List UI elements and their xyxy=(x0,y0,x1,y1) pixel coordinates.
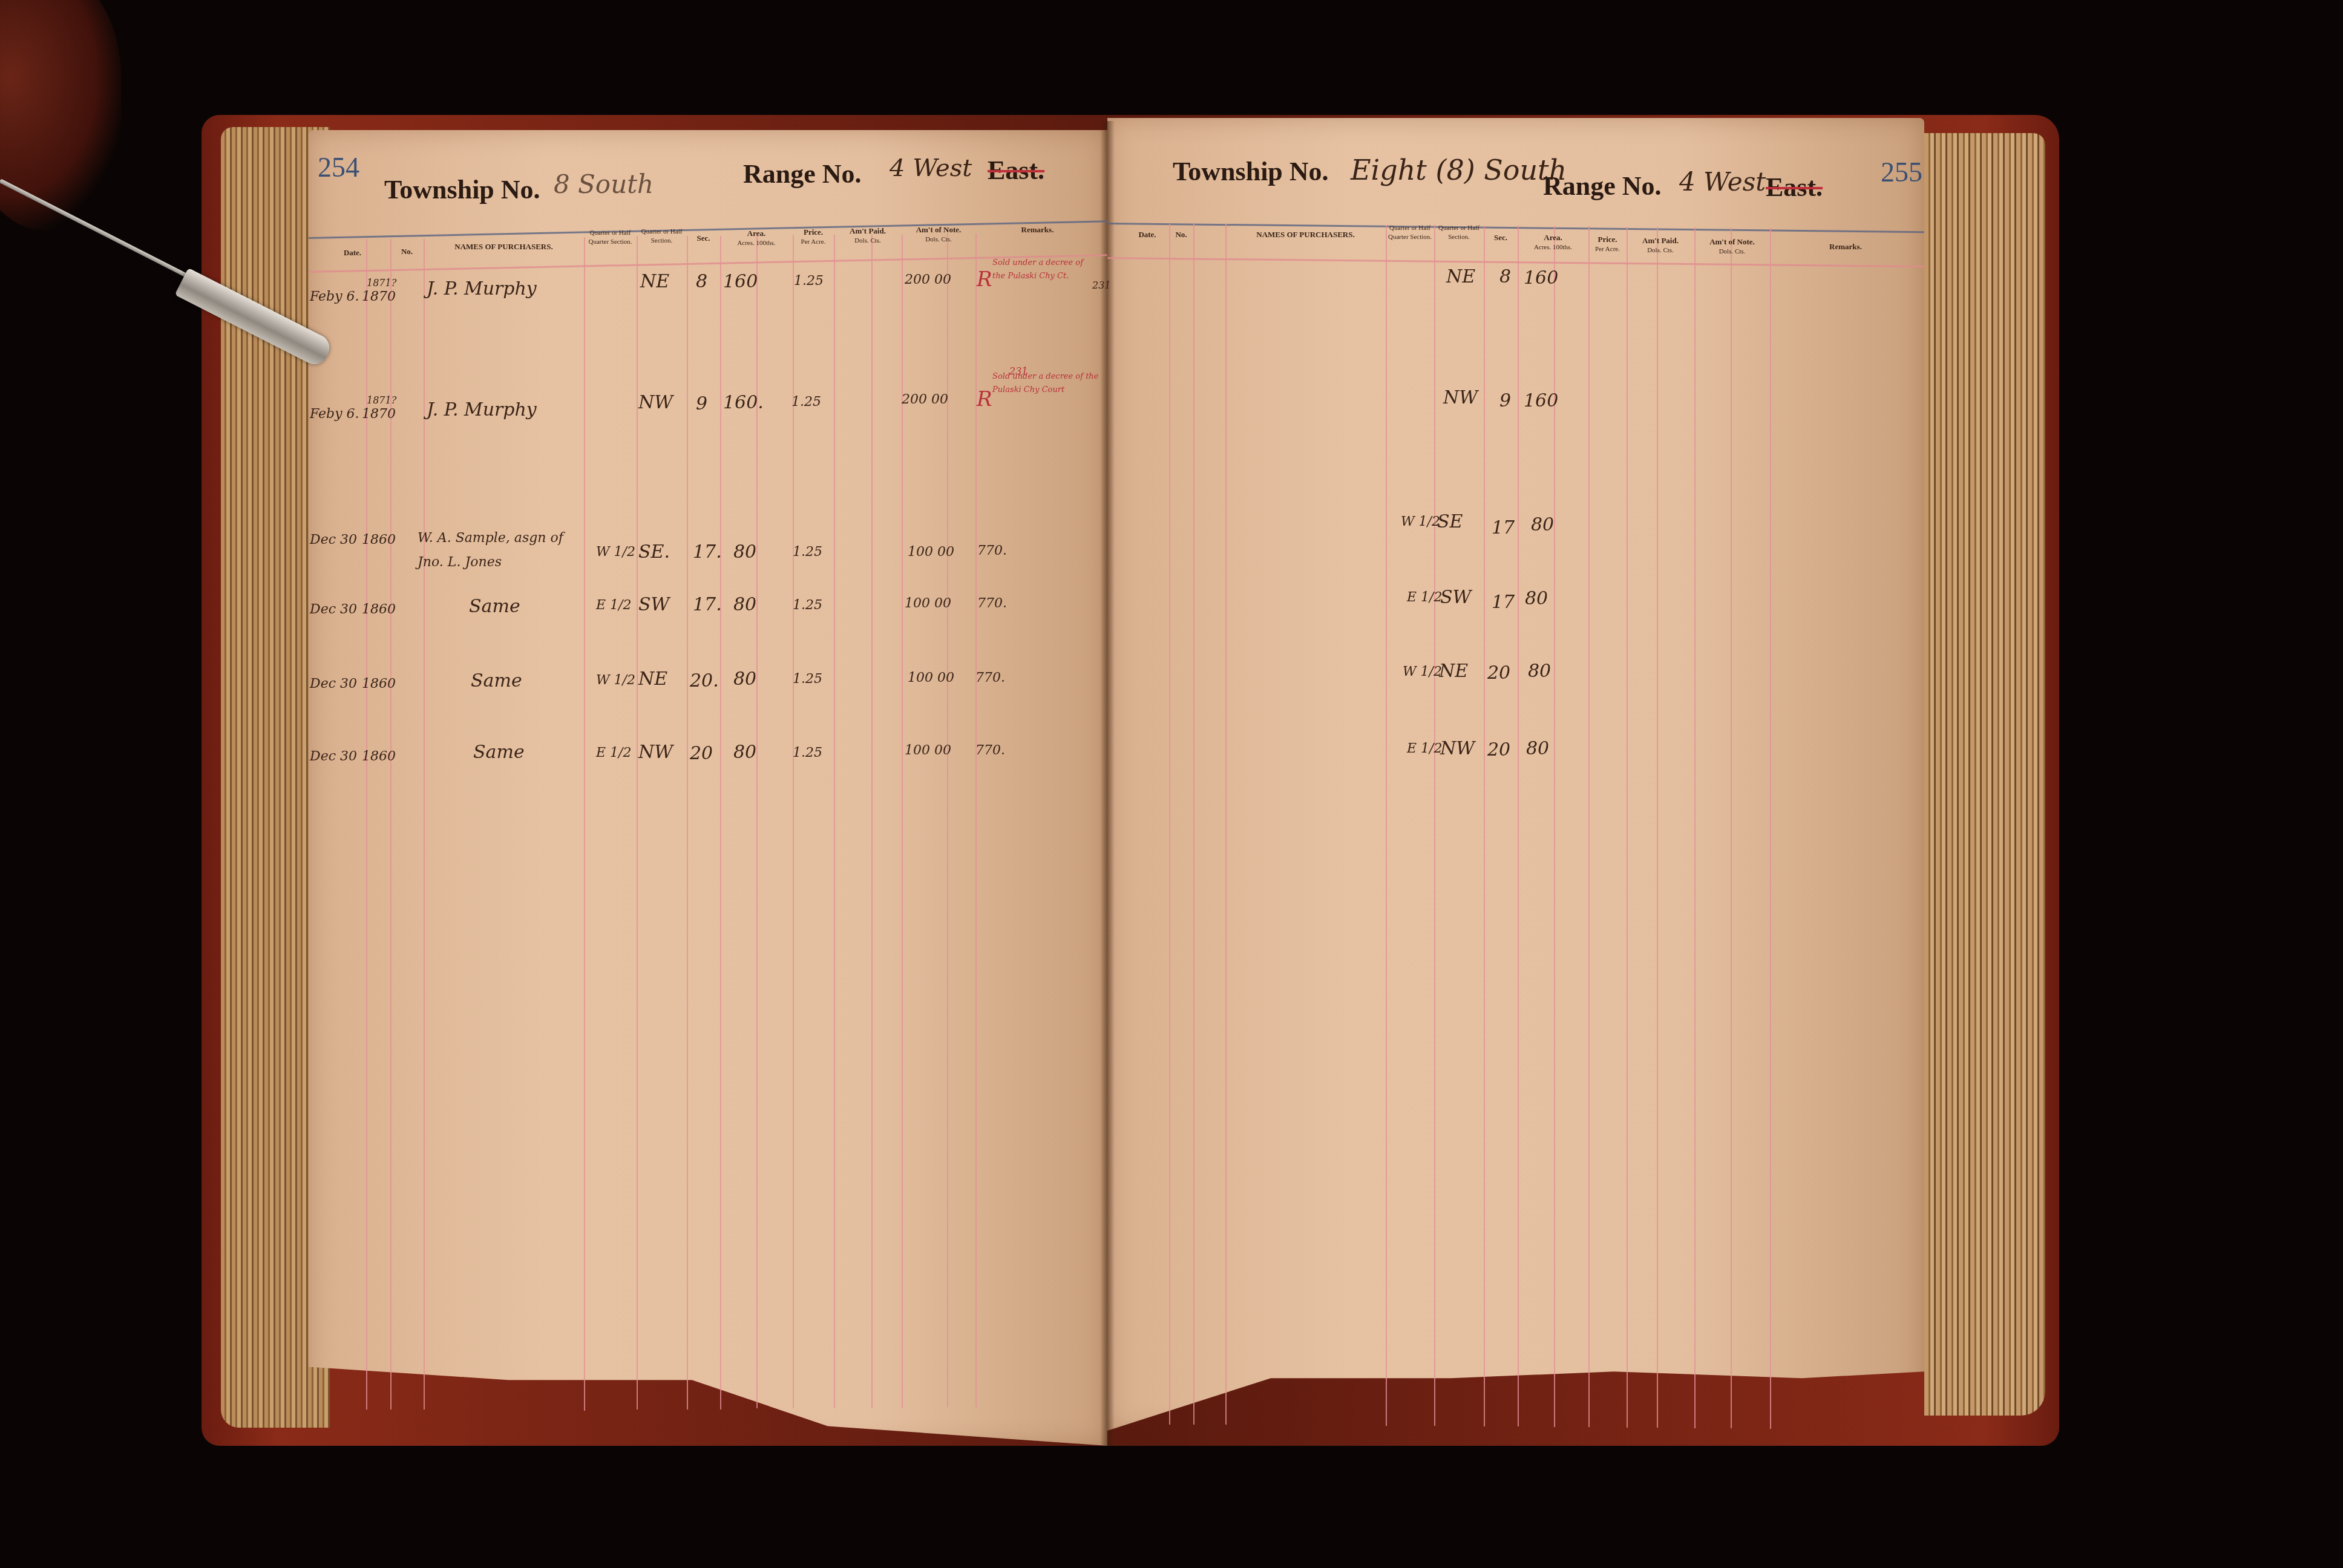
left-row3-note: 100 00 xyxy=(905,596,951,611)
right-rule xyxy=(1588,226,1590,1427)
left-row3-name: Same xyxy=(469,596,520,617)
left-col-paid: Am't Paid.Dols. Cts. xyxy=(834,226,902,246)
right-township-label: Township No. xyxy=(1173,156,1329,187)
left-col-qh: Quarter or Half Section. xyxy=(637,227,687,246)
left-row1-year: 1870 xyxy=(362,407,396,422)
left-row2-year: 1860 xyxy=(362,532,396,547)
left-row2-note: 100 00 xyxy=(908,544,954,560)
left-row2-name: W. A. Sample, asgn of Jno. L. Jones xyxy=(418,526,575,575)
right-col-paid-sub: Dols. Cts. xyxy=(1647,247,1674,254)
left-row0-year: 1870 xyxy=(362,289,396,304)
right-col-date: Date. xyxy=(1126,230,1169,239)
left-row5-year: 1860 xyxy=(362,749,396,764)
left-row3-year: 1860 xyxy=(362,602,396,617)
right-row5-sec: 20 xyxy=(1487,739,1510,760)
left-row5-date: Dec 30 xyxy=(310,749,357,764)
left-rule xyxy=(637,236,638,1410)
left-row4-date: Dec 30 xyxy=(310,676,357,691)
left-row3-qh: SW xyxy=(638,594,669,615)
left-row4-qh: NE xyxy=(638,668,667,690)
left-row2-remark: 770. xyxy=(977,543,1007,558)
right-col-price-sub: Per Acre. xyxy=(1595,246,1620,253)
right-row3-qh: SW xyxy=(1440,587,1471,608)
right-col-price: Price.Per Acre. xyxy=(1588,235,1627,254)
left-rule xyxy=(871,235,873,1408)
left-row1-date: Feby 6. xyxy=(310,407,359,422)
left-row4-acres: 80 xyxy=(733,668,756,690)
right-col-sec: Sec. xyxy=(1484,233,1518,242)
right-col-area-sub: Acres. 100ths. xyxy=(1534,244,1572,251)
left-row1-sec: 9 xyxy=(696,393,707,414)
right-rule xyxy=(1694,227,1696,1428)
right-page xyxy=(1107,118,1924,1431)
right-row2-qhq: W 1/2 xyxy=(1401,514,1440,529)
right-rule xyxy=(1193,224,1194,1425)
left-row0-note: 200 00 xyxy=(905,272,951,287)
left-col-paid-sub: Dols. Cts. xyxy=(854,237,881,244)
left-row0-date: Feby 6. xyxy=(310,289,359,304)
right-rule xyxy=(1169,224,1170,1425)
left-rule xyxy=(584,237,585,1411)
left-rule xyxy=(424,239,425,1410)
left-row4-remark: 770. xyxy=(975,670,1005,685)
left-col-qhq: Quarter or Half Quarter Section. xyxy=(584,229,637,247)
right-col-note-label: Am't of Note. xyxy=(1709,237,1755,246)
left-row0-no-note: 1871? xyxy=(367,277,396,289)
left-row0-sec: 8 xyxy=(696,271,707,292)
right-row4-qhq: W 1/2 xyxy=(1403,664,1442,679)
right-range-struck-east: East. xyxy=(1766,172,1823,203)
right-rule xyxy=(1627,227,1628,1428)
left-row1-qh: NW xyxy=(638,392,673,413)
left-rule xyxy=(720,236,721,1410)
left-row4-note: 100 00 xyxy=(908,670,954,685)
left-page-number: 254 xyxy=(318,151,359,183)
right-row3-sec: 17 xyxy=(1492,592,1515,613)
left-row2-price: 1.25 xyxy=(793,544,822,560)
left-row2-sec: 17. xyxy=(693,541,722,563)
left-row5-qhq: E 1/2 xyxy=(596,745,631,760)
left-col-names: NAMES OF PURCHASERS. xyxy=(424,242,584,251)
left-row1-acres: 160. xyxy=(723,392,764,413)
right-page-edges xyxy=(1924,133,2045,1416)
right-col-area: Area.Acres. 100ths. xyxy=(1518,233,1588,252)
left-col-note: Am't of Note.Dols. Cts. xyxy=(902,225,975,244)
right-row5-qhq: E 1/2 xyxy=(1407,741,1442,756)
right-col-note-sub: Dols. Cts. xyxy=(1719,248,1746,255)
left-row4-sec: 20. xyxy=(690,670,719,691)
left-row0-remark: Sold under a decree of the Pulaski Chy C… xyxy=(992,256,1098,283)
right-col-note: Am't of Note.Dols. Cts. xyxy=(1694,237,1770,256)
right-col-no: No. xyxy=(1169,230,1193,239)
left-row0-remark-ref: 231 xyxy=(1092,279,1111,291)
right-row3-qhq: E 1/2 xyxy=(1407,590,1442,605)
left-row5-qh: NW xyxy=(638,742,673,763)
left-row5-sec: 20 xyxy=(690,743,713,764)
right-rule xyxy=(1225,224,1227,1425)
left-row1-remark-ref: 231 xyxy=(1009,365,1028,377)
right-row0-qh: NE xyxy=(1446,266,1475,287)
right-rule xyxy=(1518,226,1519,1426)
left-col-price-sub: Per Acre. xyxy=(801,238,826,246)
left-row2-qhq: W 1/2 xyxy=(596,544,635,560)
right-row4-qh: NE xyxy=(1439,661,1468,682)
left-range-struck-east: East. xyxy=(988,155,1044,186)
right-row0-sec: 8 xyxy=(1499,266,1511,287)
hand xyxy=(0,0,121,230)
left-row5-note: 100 00 xyxy=(905,743,951,758)
left-row2-qh: SE. xyxy=(638,541,670,563)
left-col-note-sub: Dols. Cts. xyxy=(925,236,952,243)
left-col-area: Area.Acres. 100ths. xyxy=(720,229,793,248)
left-row0-acres: 160 xyxy=(723,271,758,292)
right-col-price-label: Price. xyxy=(1597,235,1617,244)
left-row3-sec: 17. xyxy=(693,594,722,615)
right-row1-acres: 160 xyxy=(1524,390,1558,411)
left-row4-price: 1.25 xyxy=(793,671,822,687)
left-range-value: 4 West xyxy=(890,154,972,182)
left-row1-remark-mark: R xyxy=(977,387,992,411)
left-rule xyxy=(834,235,835,1408)
left-row0-name: J. P. Murphy xyxy=(427,278,537,299)
left-row0-remark-mark: R xyxy=(977,267,992,292)
right-col-paid: Am't Paid.Dols. Cts. xyxy=(1627,236,1694,255)
left-row5-remark: 770. xyxy=(975,743,1005,758)
right-rule xyxy=(1484,226,1485,1426)
right-rule xyxy=(1731,227,1732,1428)
left-row2-date: Dec 30 xyxy=(310,532,357,547)
left-row1-price: 1.25 xyxy=(791,394,821,410)
left-col-price: Price.Per Acre. xyxy=(793,227,834,247)
left-township-value: 8 South xyxy=(554,169,654,199)
left-township-label: Township No. xyxy=(384,174,540,205)
right-col-paid-label: Am't Paid. xyxy=(1642,236,1679,245)
left-row1-no-note: 1871? xyxy=(367,394,396,406)
right-range-value: 4 West xyxy=(1679,167,1766,197)
left-row3-price: 1.25 xyxy=(793,598,822,613)
right-range-label: Range No. xyxy=(1543,171,1662,201)
right-row2-qh: SE xyxy=(1437,511,1463,532)
left-row1-note: 200 00 xyxy=(902,392,948,407)
left-row2-acres: 80 xyxy=(733,541,756,563)
left-col-no: No. xyxy=(390,247,424,256)
left-col-area-sub: Acres. 100ths. xyxy=(737,240,775,247)
left-rule xyxy=(947,234,948,1407)
left-row1-remark: Sold under a decree of the Pulaski Chy C… xyxy=(992,370,1101,397)
left-row4-year: 1860 xyxy=(362,676,396,691)
left-col-paid-label: Am't Paid. xyxy=(850,226,886,235)
left-row1-name: J. P. Murphy xyxy=(427,399,537,420)
right-township-value: Eight (8) South xyxy=(1351,154,1567,186)
left-rule xyxy=(687,236,688,1410)
left-row5-price: 1.25 xyxy=(793,745,822,760)
left-col-note-label: Am't of Note. xyxy=(916,225,962,234)
left-page xyxy=(309,130,1107,1446)
right-row3-acres: 80 xyxy=(1525,588,1548,609)
right-row5-acres: 80 xyxy=(1526,738,1549,759)
right-row4-sec: 20 xyxy=(1487,662,1510,684)
right-row2-acres: 80 xyxy=(1531,514,1554,535)
right-rule xyxy=(1386,225,1387,1426)
right-row1-sec: 9 xyxy=(1499,390,1511,411)
right-rule xyxy=(1770,228,1771,1429)
left-row3-date: Dec 30 xyxy=(310,602,357,617)
left-row0-qh: NE xyxy=(640,271,669,292)
left-row3-qhq: E 1/2 xyxy=(596,598,631,613)
right-page-number: 255 xyxy=(1881,156,1922,188)
right-row0-acres: 160 xyxy=(1524,267,1558,289)
left-col-price-label: Price. xyxy=(804,227,823,237)
left-row4-name: Same xyxy=(471,670,522,691)
right-col-qh: Quarter or Half Section. xyxy=(1434,224,1484,242)
right-rule xyxy=(1434,225,1435,1426)
right-row5-qh: NW xyxy=(1440,738,1475,759)
right-row4-acres: 80 xyxy=(1528,661,1551,682)
book-gutter xyxy=(1100,121,1115,1446)
left-row4-qhq: W 1/2 xyxy=(596,673,635,688)
right-col-area-label: Area. xyxy=(1544,233,1562,242)
left-row0-price: 1.25 xyxy=(794,273,824,289)
right-col-qhq: Quarter or Half Quarter Section. xyxy=(1386,224,1434,242)
left-rule xyxy=(793,235,794,1408)
left-row5-acres: 80 xyxy=(733,742,756,763)
right-row2-sec: 17 xyxy=(1492,517,1515,538)
right-col-names: NAMES OF PURCHASERS. xyxy=(1225,230,1386,239)
left-range-label: Range No. xyxy=(743,158,862,189)
right-col-remarks: Remarks. xyxy=(1770,242,1921,251)
left-col-sec: Sec. xyxy=(687,234,720,243)
left-col-date: Date. xyxy=(339,248,366,257)
left-row3-acres: 80 xyxy=(733,594,756,615)
left-rule xyxy=(902,235,903,1408)
left-col-area-label: Area. xyxy=(747,229,765,238)
left-row5-name: Same xyxy=(473,742,525,763)
left-row3-remark: 770. xyxy=(977,596,1007,611)
left-col-remarks: Remarks. xyxy=(975,225,1099,234)
right-row1-qh: NW xyxy=(1443,387,1478,408)
right-rule xyxy=(1657,227,1658,1428)
